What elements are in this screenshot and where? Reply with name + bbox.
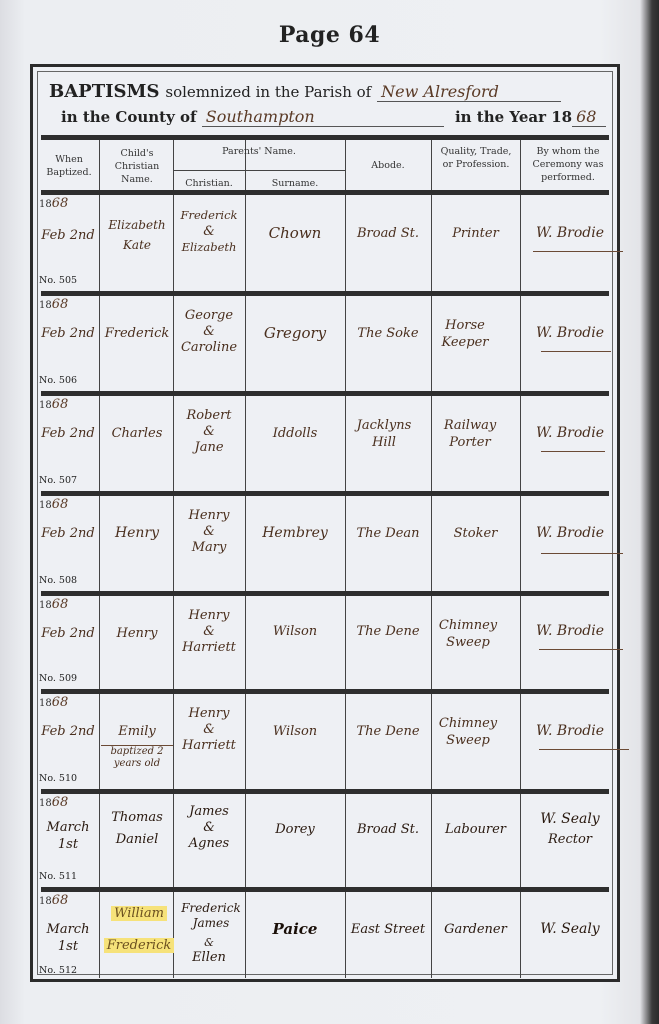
entry-number: No. 511 [39, 871, 77, 882]
register-heading-parish: BAPTISMS solemnized in the Parish of New… [49, 81, 561, 102]
register-frame: BAPTISMS solemnized in the Parish of New… [30, 64, 620, 982]
entry-year: 1868 [39, 297, 68, 312]
entry-surname: Wilson [245, 623, 345, 640]
entry-surname: Paice [245, 921, 345, 938]
page-title: Page 64 [0, 22, 659, 48]
entry-abode: The Dean [345, 525, 431, 542]
entry-year: 1868 [39, 196, 68, 211]
entry-surname: Hembrey [245, 525, 345, 542]
entry-date: Feb 2nd [37, 425, 99, 442]
entry-father: Robert [173, 407, 245, 424]
entry-and: & [173, 819, 245, 836]
entry-number: No. 509 [39, 673, 77, 684]
highlighted-name: Frederick [104, 938, 174, 953]
entry-profession: Chimney Sweep [435, 715, 501, 749]
entry-profession: Stoker [431, 525, 520, 542]
row-rule [41, 391, 609, 396]
header-parents: Parents' Name. [173, 145, 345, 158]
heading-baptisms: BAPTISMS [49, 81, 159, 102]
entry-mother: Caroline [173, 339, 245, 356]
entry-abode: The Dene [345, 723, 431, 740]
entry-officiant: W. Brodie [520, 225, 620, 242]
header-parents-surname: Surname. [245, 177, 345, 190]
entry-father: Frederick James [173, 901, 249, 931]
entry-surname: Wilson [245, 723, 345, 740]
parents-subheader-rule [173, 170, 345, 171]
parish-name: New Alresford [377, 82, 561, 102]
county-name: Southampton [202, 107, 444, 127]
highlighted-name: William [111, 906, 167, 921]
entry-mother: Ellen [173, 949, 245, 966]
row-rule [41, 491, 609, 496]
entry-and: & [173, 937, 245, 949]
row-rule [41, 291, 609, 296]
entry-and: & [173, 623, 245, 640]
county-label: in the County of [61, 108, 197, 126]
entry-year: 1868 [39, 795, 68, 810]
row-rule [41, 190, 609, 195]
entry-year: 1868 [39, 497, 68, 512]
heading-rule [41, 135, 609, 140]
entry-officiant: W. Brodie [520, 723, 620, 740]
entry-abode: Jacklyns Hill [349, 417, 419, 451]
entry-abode: Broad St. [345, 821, 431, 838]
heading-solemnized: solemnized in the Parish of [165, 83, 371, 101]
row-rule [41, 789, 609, 794]
entry-and: & [173, 423, 245, 440]
entry-officiant-title: Rector [520, 831, 620, 848]
entry-number: No. 505 [39, 275, 77, 286]
entry-date: March 1st [37, 921, 99, 955]
entry-and: & [173, 323, 245, 340]
entry-abode: Broad St. [345, 225, 431, 242]
register-heading-county: in the County of Southampton in the Year… [61, 107, 606, 127]
entry-number: No. 512 [39, 965, 77, 976]
entry-surname: Iddolls [245, 425, 345, 442]
row-rule [41, 689, 609, 694]
entry-father: Henry [173, 607, 245, 624]
entry-number: No. 506 [39, 375, 77, 386]
entry-abode: East Street [345, 921, 431, 938]
entry-child-name: Henry [101, 625, 173, 642]
entry-officiant: W. Sealy [520, 811, 620, 828]
entry-father: Henry [173, 507, 245, 524]
entry-date: Feb 2nd [37, 525, 99, 542]
entry-child-note: baptized 2 years old [101, 745, 173, 770]
entry-profession: Labourer [431, 821, 520, 838]
entry-and: & [173, 523, 245, 540]
signature-underline [541, 351, 611, 352]
entry-year: 1868 [39, 893, 68, 908]
signature-underline [539, 649, 623, 650]
entry-officiant: W. Sealy [520, 921, 620, 938]
entry-and: & [173, 721, 245, 738]
entry-mother: Harriett [173, 639, 245, 656]
entry-profession: Chimney Sweep [435, 617, 501, 651]
entry-mother: Mary [173, 539, 245, 556]
year-value: 68 [572, 107, 606, 127]
entry-profession: Horse Keeper [435, 317, 495, 351]
signature-underline [533, 251, 623, 252]
col-divider [520, 140, 521, 978]
entry-mother: Harriett [173, 737, 245, 754]
entry-date: Feb 2nd [37, 625, 99, 642]
entry-child-name: Frederick [101, 325, 173, 342]
col-divider [345, 140, 346, 978]
header-when-baptized: When Baptized. [39, 153, 99, 179]
entry-profession: Gardener [431, 921, 520, 938]
entry-child-name: Elizabeth Kate [101, 215, 173, 255]
header-abode: Abode. [345, 159, 431, 172]
header-quality: Quality, Trade, or Profession. [437, 145, 515, 171]
entry-number: No. 508 [39, 575, 77, 586]
entry-surname: Gregory [245, 325, 345, 342]
col-divider [245, 140, 246, 978]
col-divider [431, 140, 432, 978]
entry-officiant: W. Brodie [520, 325, 620, 342]
header-by-whom: By whom the Ceremony was performed. [523, 145, 613, 184]
entry-child-second-name: Frederick [99, 937, 179, 954]
entry-mother: Elizabeth [173, 239, 245, 256]
entry-date: Feb 2nd [37, 723, 99, 740]
entry-child-name: Thomas Daniel [101, 807, 173, 851]
entry-mother: Jane [173, 439, 245, 456]
entry-profession: Railway Porter [435, 417, 505, 451]
entry-child-first-name: William [101, 905, 177, 922]
entry-officiant: W. Brodie [520, 525, 620, 542]
col-divider [173, 140, 174, 978]
entry-profession: Printer [431, 225, 520, 242]
entry-mother: Agnes [173, 835, 245, 852]
entry-child-name: Emily [101, 723, 173, 740]
year-label: in the Year 18 [455, 108, 572, 126]
entry-officiant: W. Brodie [520, 623, 620, 640]
header-parents-christian: Christian. [173, 177, 245, 190]
entry-year: 1868 [39, 397, 68, 412]
entry-abode: The Soke [345, 325, 431, 342]
signature-underline [541, 451, 605, 452]
entry-father: Henry [173, 705, 245, 722]
entry-number: No. 510 [39, 773, 77, 784]
signature-underline [541, 553, 623, 554]
row-rule [41, 887, 609, 892]
entry-surname: Chown [245, 225, 345, 242]
entry-surname: Dorey [245, 821, 345, 838]
row-rule [41, 591, 609, 596]
entry-officiant: W. Brodie [520, 425, 620, 442]
signature-underline [539, 749, 629, 750]
entry-father: Frederick [173, 207, 245, 224]
entry-child-name: Charles [101, 425, 173, 442]
entry-date: March 1st [37, 819, 99, 853]
entry-father: James [173, 803, 245, 820]
entry-date: Feb 2nd [37, 227, 99, 244]
entry-child-name: Henry [101, 525, 173, 542]
entry-date: Feb 2nd [37, 325, 99, 342]
entry-year: 1868 [39, 597, 68, 612]
entry-abode: The Dene [345, 623, 431, 640]
entry-and: & [173, 223, 245, 240]
entry-father: George [173, 307, 245, 324]
entry-number: No. 507 [39, 475, 77, 486]
entry-year: 1868 [39, 695, 68, 710]
header-child-name: Child's Christian Name. [101, 147, 173, 186]
col-divider [99, 140, 100, 978]
